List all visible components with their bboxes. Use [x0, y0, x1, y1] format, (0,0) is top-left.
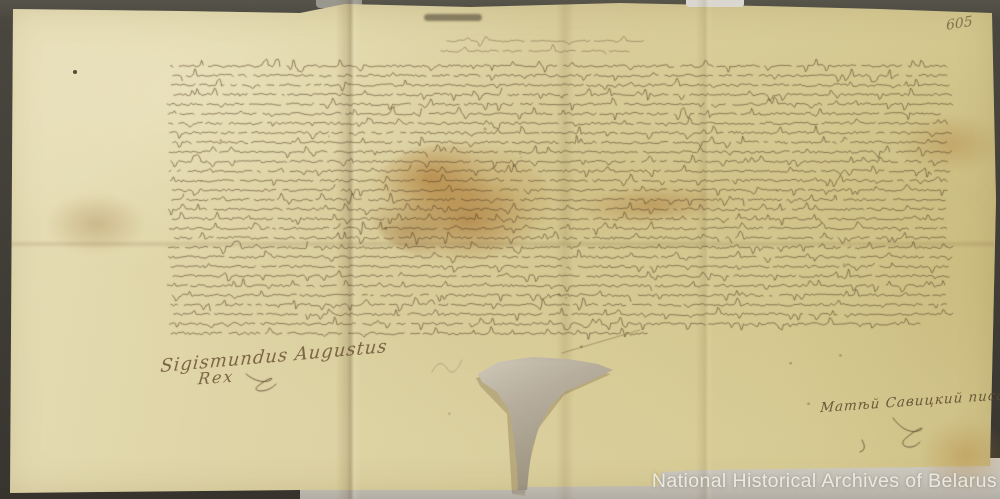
- ink-spot: [73, 70, 77, 74]
- paper-sliver: [686, 0, 744, 7]
- parchment-sheet: [0, 0, 1000, 499]
- ink-smudge: [424, 14, 482, 21]
- archive-photo: 605 Sigismundus Augustus Rex Матѣй Савиц…: [0, 0, 1000, 499]
